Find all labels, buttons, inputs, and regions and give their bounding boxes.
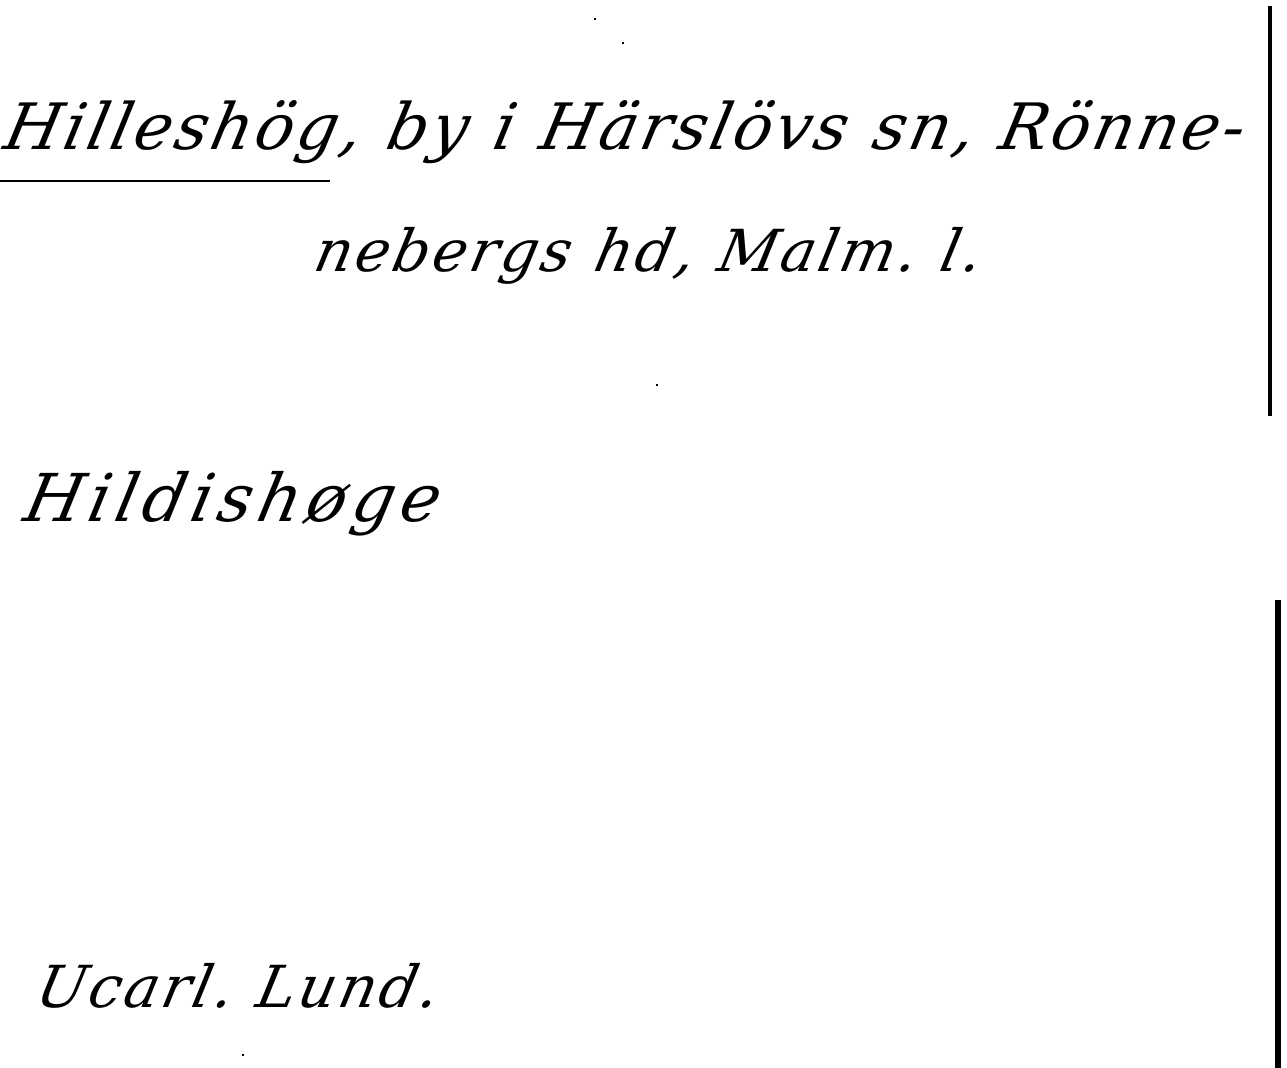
card-edge-border-top [1268, 6, 1272, 416]
entry-location-part-1: , by i Härslövs sn, Rönne- [334, 91, 1256, 165]
scan-speck [622, 42, 624, 44]
scan-speck [594, 18, 596, 20]
scan-speck [242, 1054, 244, 1056]
source-signature: Ucarl. Lund. [32, 958, 448, 1016]
archive-card: Hilleshög, by i Härslövs sn, Rönne- nebe… [0, 0, 1287, 1068]
card-edge-border-bottom [1275, 600, 1281, 1068]
entry-line-2: nebergs hd, Malm. l. [310, 222, 991, 280]
headword-underline [0, 180, 330, 182]
entry-line-1: Hilleshög, by i Härslövs sn, Rönne- [0, 96, 1255, 160]
variant-form: Hildishøge [19, 466, 454, 532]
scan-speck [656, 384, 658, 386]
headword: Hilleshög [0, 91, 350, 165]
